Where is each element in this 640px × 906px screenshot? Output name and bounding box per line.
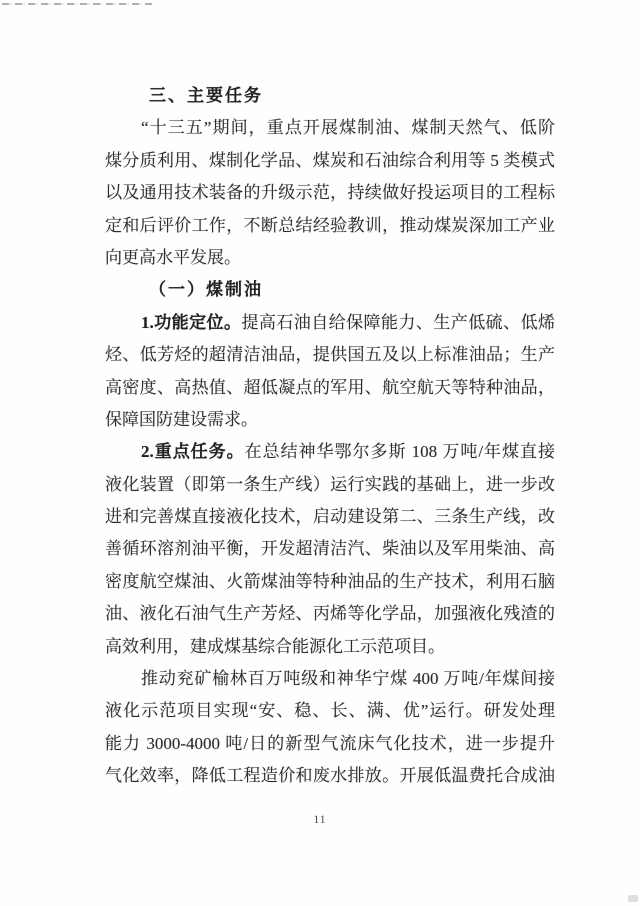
section-heading: 三、主要任务 (105, 80, 555, 112)
paragraph-line: 以及通用技术装备的升级示范，持续做好投运项目的工程标 (105, 177, 555, 209)
paragraph-text: 提高石油自给保障能力、生产低硫、低烯 (241, 313, 555, 332)
paragraph-line: 善循环溶剂油平衡，开发超清洁汽、柴油以及军用柴油、高 (105, 533, 555, 565)
paragraph-line: 保障国防建设需求。 (105, 404, 555, 436)
paragraph-line: 2.重点任务。在总结神华鄂尔多斯 108 万吨/年煤直接 (105, 436, 555, 468)
paragraph-line: 液化装置（即第一条生产线）运行实践的基础上，进一步改 (105, 469, 555, 501)
paragraph-line: 密度航空煤油、火箭煤油等特种油品的生产技术，利用石脑 (105, 566, 555, 598)
paragraph-line: 推动兖矿榆林百万吨级和神华宁煤 400 万吨/年煤间接 (105, 663, 555, 695)
paragraph-line: 向更高水平发展。 (105, 242, 555, 274)
run-in-label: 2.重点任务。 (141, 442, 245, 461)
paragraph-line: 定和后评价工作，不断总结经验教训，推动煤炭深加工产业 (105, 210, 555, 242)
page-number: 11 (0, 814, 640, 826)
paragraph-line: 1.功能定位。提高石油自给保障能力、生产低硫、低烯 (105, 307, 555, 339)
paragraph-line: 能力 3000-4000 吨/日的新型气流床气化技术，进一步提升 (105, 728, 555, 760)
paragraph-line: 液化示范项目实现“安、稳、长、满、优”运行。研发处理 (105, 695, 555, 727)
paragraph-text: 在总结神华鄂尔多斯 108 万吨/年煤直接 (245, 442, 555, 461)
scan-artifact-top-left (2, 3, 152, 5)
paragraph-line: 油、液化石油气生产芳烃、丙烯等化学品，加强液化残渣的 (105, 598, 555, 630)
scanned-document-page: 三、主要任务 “十三五”期间，重点开展煤制油、煤制天然气、低阶 煤分质利用、煤制… (0, 0, 640, 906)
paragraph-line: 烃、低芳烃的超清洁油品，提供国五及以上标准油品；生产 (105, 339, 555, 371)
paragraph-line: 进和完善煤直接液化技术，启动建设第二、三条生产线，改 (105, 501, 555, 533)
paragraph-line: “十三五”期间，重点开展煤制油、煤制天然气、低阶 (105, 112, 555, 144)
subsection-heading: （一）煤制油 (105, 274, 555, 306)
run-in-label: 1.功能定位。 (141, 313, 241, 332)
scan-artifact-bottom-right (628, 895, 638, 902)
paragraph-line: 高密度、高热值、超低凝点的军用、航空航天等特种油品， (105, 372, 555, 404)
document-body: 三、主要任务 “十三五”期间，重点开展煤制油、煤制天然气、低阶 煤分质利用、煤制… (105, 80, 555, 793)
paragraph-line: 煤分质利用、煤制化学品、煤炭和石油综合利用等 5 类模式 (105, 145, 555, 177)
paragraph-line: 高效利用，建成煤基综合能源化工示范项目。 (105, 631, 555, 663)
paragraph-line: 气化效率，降低工程造价和废水排放。开展低温费托合成油 (105, 760, 555, 792)
